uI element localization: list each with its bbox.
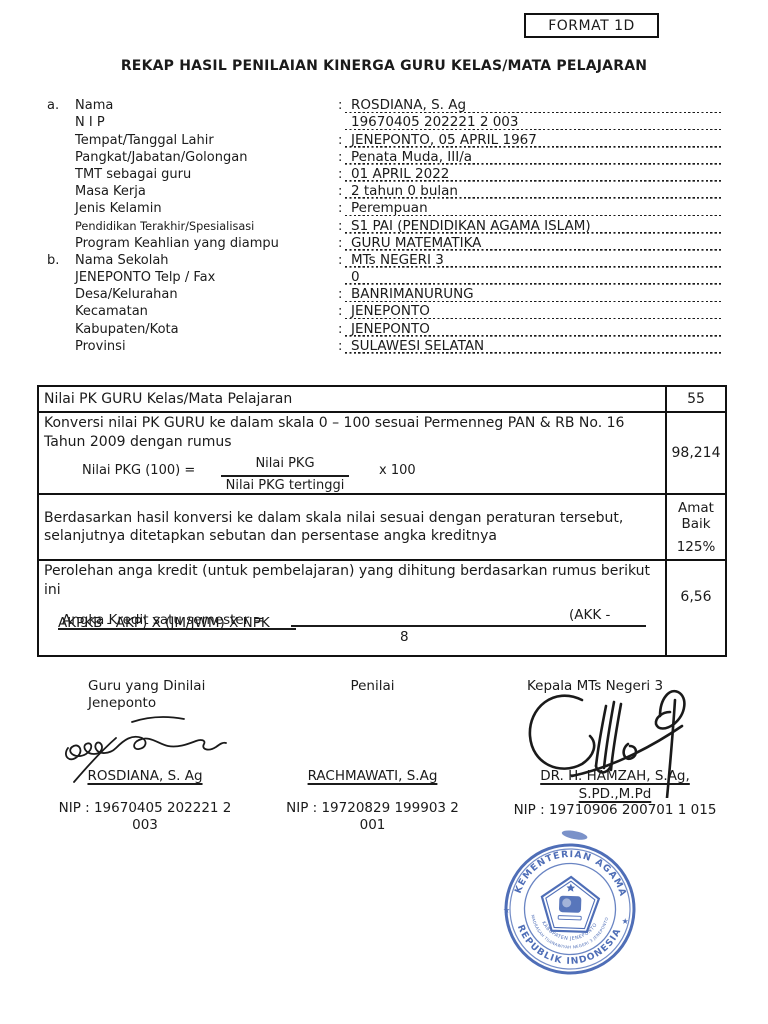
signer-nip: NIP : 19720829 199903 2 001 bbox=[280, 800, 465, 834]
pkg-formula: Nilai PKG (100) = Nilai PKG Nilai PKG te… bbox=[44, 451, 661, 491]
field-label: Tempat/Tanggal Lahir bbox=[75, 133, 338, 148]
field-colon: : bbox=[338, 98, 345, 113]
field-value: ROSDIANA, S. Ag bbox=[345, 96, 723, 113]
field-prefix: a. bbox=[47, 98, 75, 113]
field-colon: : bbox=[338, 150, 345, 165]
field-colon: : bbox=[338, 219, 345, 234]
page-title: REKAP HASIL PENILAIAN KINERGA GURU KELAS… bbox=[0, 58, 768, 74]
field-label: Program Keahlian yang diampu bbox=[75, 236, 338, 251]
field-prefix: b. bbox=[47, 253, 75, 268]
field-value: BANRIMANURUNG bbox=[345, 285, 723, 302]
field-colon: : bbox=[338, 133, 345, 148]
field-row-nama-sekolah: b. Nama Sekolah : MTs NEGERI 3 bbox=[47, 251, 723, 268]
identity-fields: a. Nama : ROSDIANA, S. Ag N I P 19670405… bbox=[47, 96, 723, 354]
field-value: 19670405 202221 2 003 bbox=[345, 113, 723, 130]
field-label: Desa/Kelurahan bbox=[75, 287, 338, 302]
formula-fraction: Nilai PKG Nilai PKG tertinggi bbox=[221, 455, 349, 495]
field-label: Provinsi bbox=[75, 339, 338, 354]
role-line2: Jeneponto bbox=[88, 695, 245, 712]
field-label: Jenis Kelamin bbox=[75, 201, 338, 216]
table-cell-text: Perolehan anga kredit (untuk pembelajara… bbox=[39, 561, 665, 655]
signer-name: ROSDIANA, S. Ag bbox=[45, 768, 245, 786]
field-row-provinsi: Provinsi : SULAWESI SELATAN bbox=[47, 337, 723, 354]
field-row-telp-fax: JENEPONTO Telp / Fax 0 bbox=[47, 268, 723, 285]
table-row-nilai-pk: Nilai PK GURU Kelas/Mata Pelajaran 55 bbox=[39, 387, 725, 411]
signer-name: DR. H. HAMZAH, S.Ag, S.PD.,M.Pd bbox=[498, 768, 732, 803]
pk-guru-table: Nilai PK GURU Kelas/Mata Pelajaran 55 Ko… bbox=[37, 385, 727, 657]
field-colon: : bbox=[338, 287, 345, 302]
field-colon: : bbox=[338, 322, 345, 337]
role-line1: Penilai bbox=[280, 678, 465, 695]
format-label: FORMAT 1D bbox=[548, 18, 635, 34]
field-row-nama: a. Nama : ROSDIANA, S. Ag bbox=[47, 96, 723, 113]
signature-col-guru: Guru yang Dinilai Jeneponto ROSDIANA, S.… bbox=[45, 678, 245, 853]
field-value: S1 PAI (PENDIDIKAN AGAMA ISLAM) bbox=[345, 216, 723, 233]
kementerian-agama-stamp: KEMENTERIAN AGAMA REPUBLIK INDONESIA ★ ★… bbox=[494, 824, 646, 982]
field-colon: : bbox=[338, 167, 345, 182]
formula-numerator: Nilai PKG bbox=[221, 455, 349, 477]
nip-line1: NIP : 19710906 200701 1 015 bbox=[498, 802, 732, 819]
field-value: 01 APRIL 2022 bbox=[345, 165, 723, 182]
ink-smudge bbox=[561, 829, 588, 842]
field-label: Nama Sekolah bbox=[75, 253, 338, 268]
formula-denominator-8: 8 bbox=[400, 628, 409, 647]
field-label: N I P bbox=[75, 115, 338, 130]
perolehan-text: Perolehan anga kredit (untuk pembelajara… bbox=[44, 563, 650, 598]
field-row-kecamatan: Kecamatan : JENEPONTO bbox=[47, 302, 723, 319]
field-colon: : bbox=[338, 304, 345, 319]
field-row-pendidikan: Pendidikan Terakhir/Spesialisasi : S1 PA… bbox=[47, 216, 723, 233]
field-row-kabupaten: Kabupaten/Kota : JENEPONTO bbox=[47, 319, 723, 336]
table-row-angka-kredit: Perolehan anga kredit (untuk pembelajara… bbox=[39, 559, 725, 655]
format-box: FORMAT 1D bbox=[524, 13, 659, 38]
stamp-right-star-icon: ★ bbox=[621, 917, 628, 926]
rating-label: Amat Baik bbox=[673, 500, 719, 532]
field-value: SULAWESI SELATAN bbox=[345, 337, 723, 354]
role-line1: Guru yang Dinilai bbox=[88, 678, 245, 695]
stamp-ribbon bbox=[558, 916, 581, 920]
field-row-tmt: TMT sebagai guru : 01 APRIL 2022 bbox=[47, 165, 723, 182]
fraction-bar bbox=[291, 625, 646, 627]
stamp-left-star-icon: ★ bbox=[503, 906, 510, 915]
field-row-program-keahlian: Program Keahlian yang diampu : GURU MATE… bbox=[47, 234, 723, 251]
field-value: Penata Muda, III/a bbox=[345, 148, 723, 165]
field-colon: : bbox=[338, 184, 345, 199]
field-colon: : bbox=[338, 201, 345, 216]
field-value: JENEPONTO, 05 APRIL 1967 bbox=[345, 130, 723, 147]
akk-fragment: (AKK - bbox=[569, 606, 610, 625]
document-page: FORMAT 1D REKAP HASIL PENILAIAN KINERGA … bbox=[0, 0, 768, 1024]
field-colon: : bbox=[338, 253, 345, 268]
field-colon: : bbox=[338, 236, 345, 251]
field-label: Masa Kerja bbox=[75, 184, 338, 199]
field-value: GURU MATEMATIKA bbox=[345, 234, 723, 251]
field-row-pangkat: Pangkat/Jabatan/Golongan : Penata Muda, … bbox=[47, 148, 723, 165]
overlapped-formula: Angka Kredit satu semester = AKPKB - AKP… bbox=[58, 609, 296, 630]
field-label: Pendidikan Terakhir/Spesialisasi bbox=[75, 219, 338, 234]
role-label: Kepala MTs Negeri 3 bbox=[498, 678, 732, 695]
signature-section: Guru yang Dinilai Jeneponto ROSDIANA, S.… bbox=[0, 678, 768, 853]
formula-lhs: Nilai PKG (100) = bbox=[82, 462, 195, 481]
stamp-star-icon bbox=[566, 883, 575, 891]
table-cell-value: 98,214 bbox=[665, 413, 725, 493]
table-cell-text: Konversi nilai PK GURU ke dalam skala 0 … bbox=[39, 413, 665, 493]
field-label: Pangkat/Jabatan/Golongan bbox=[75, 150, 338, 165]
role-label: Guru yang Dinilai Jeneponto bbox=[45, 678, 245, 711]
table-cell-value: Amat Baik 125% bbox=[665, 495, 725, 559]
field-value: JENEPONTO bbox=[345, 319, 723, 336]
field-row-desa: Desa/Kelurahan : BANRIMANURUNG bbox=[47, 285, 723, 302]
signature-col-penilai: Penilai RACHMAWATI, S.Ag NIP : 19720829 … bbox=[280, 678, 465, 853]
nip-line2: 003 bbox=[45, 817, 245, 834]
field-label: Nama bbox=[75, 98, 338, 113]
signer-name: RACHMAWATI, S.Ag bbox=[280, 768, 465, 786]
field-label: JENEPONTO Telp / Fax bbox=[75, 270, 338, 285]
field-colon: : bbox=[338, 339, 345, 354]
field-row-masa-kerja: Masa Kerja : 2 tahun 0 bulan bbox=[47, 182, 723, 199]
formula-denominator: Nilai PKG tertinggi bbox=[221, 477, 349, 496]
field-value: 0 bbox=[345, 268, 723, 285]
table-cell-text: Nilai PK GURU Kelas/Mata Pelajaran bbox=[39, 387, 665, 411]
formula-multiplier: x 100 bbox=[379, 462, 416, 481]
table-cell-value: 6,56 bbox=[665, 561, 725, 655]
role-label: Penilai bbox=[280, 678, 465, 695]
table-cell-value: 55 bbox=[665, 387, 725, 411]
field-value: 2 tahun 0 bulan bbox=[345, 182, 723, 199]
field-value: Perempuan bbox=[345, 199, 723, 216]
angka-kredit-formula: Angka Kredit satu semester = AKPKB - AKP… bbox=[44, 601, 661, 651]
field-label: TMT sebagai guru bbox=[75, 167, 338, 182]
nip-line1: NIP : 19720829 199903 2 bbox=[280, 800, 465, 817]
field-value: JENEPONTO bbox=[345, 302, 723, 319]
overlap-line-2: AKPKB - AKP) X (JM/JWM) X NPK bbox=[58, 614, 270, 633]
signer-nip: NIP : 19710906 200701 1 015 bbox=[498, 802, 732, 819]
signer-nip: NIP : 19670405 202221 2 003 bbox=[45, 800, 245, 834]
table-cell-text: Berdasarkan hasil konversi ke dalam skal… bbox=[39, 495, 665, 559]
konversi-text: Konversi nilai PK GURU ke dalam skala 0 … bbox=[44, 415, 624, 450]
nip-line1: NIP : 19670405 202221 2 bbox=[45, 800, 245, 817]
field-row-nip: N I P 19670405 202221 2 003 bbox=[47, 113, 723, 130]
role-line1: Kepala MTs Negeri 3 bbox=[498, 678, 692, 695]
table-row-konversi: Konversi nilai PK GURU ke dalam skala 0 … bbox=[39, 411, 725, 493]
table-row-sebutan: Berdasarkan hasil konversi ke dalam skal… bbox=[39, 493, 725, 559]
percent-value: 125% bbox=[677, 539, 716, 555]
field-value: MTs NEGERI 3 bbox=[345, 251, 723, 268]
nip-line2: 001 bbox=[280, 817, 465, 834]
field-row-jenis-kelamin: Jenis Kelamin : Perempuan bbox=[47, 199, 723, 216]
field-label: Kecamatan bbox=[75, 304, 338, 319]
field-label: Kabupaten/Kota bbox=[75, 322, 338, 337]
field-row-ttl: Tempat/Tanggal Lahir : JENEPONTO, 05 APR… bbox=[47, 130, 723, 147]
